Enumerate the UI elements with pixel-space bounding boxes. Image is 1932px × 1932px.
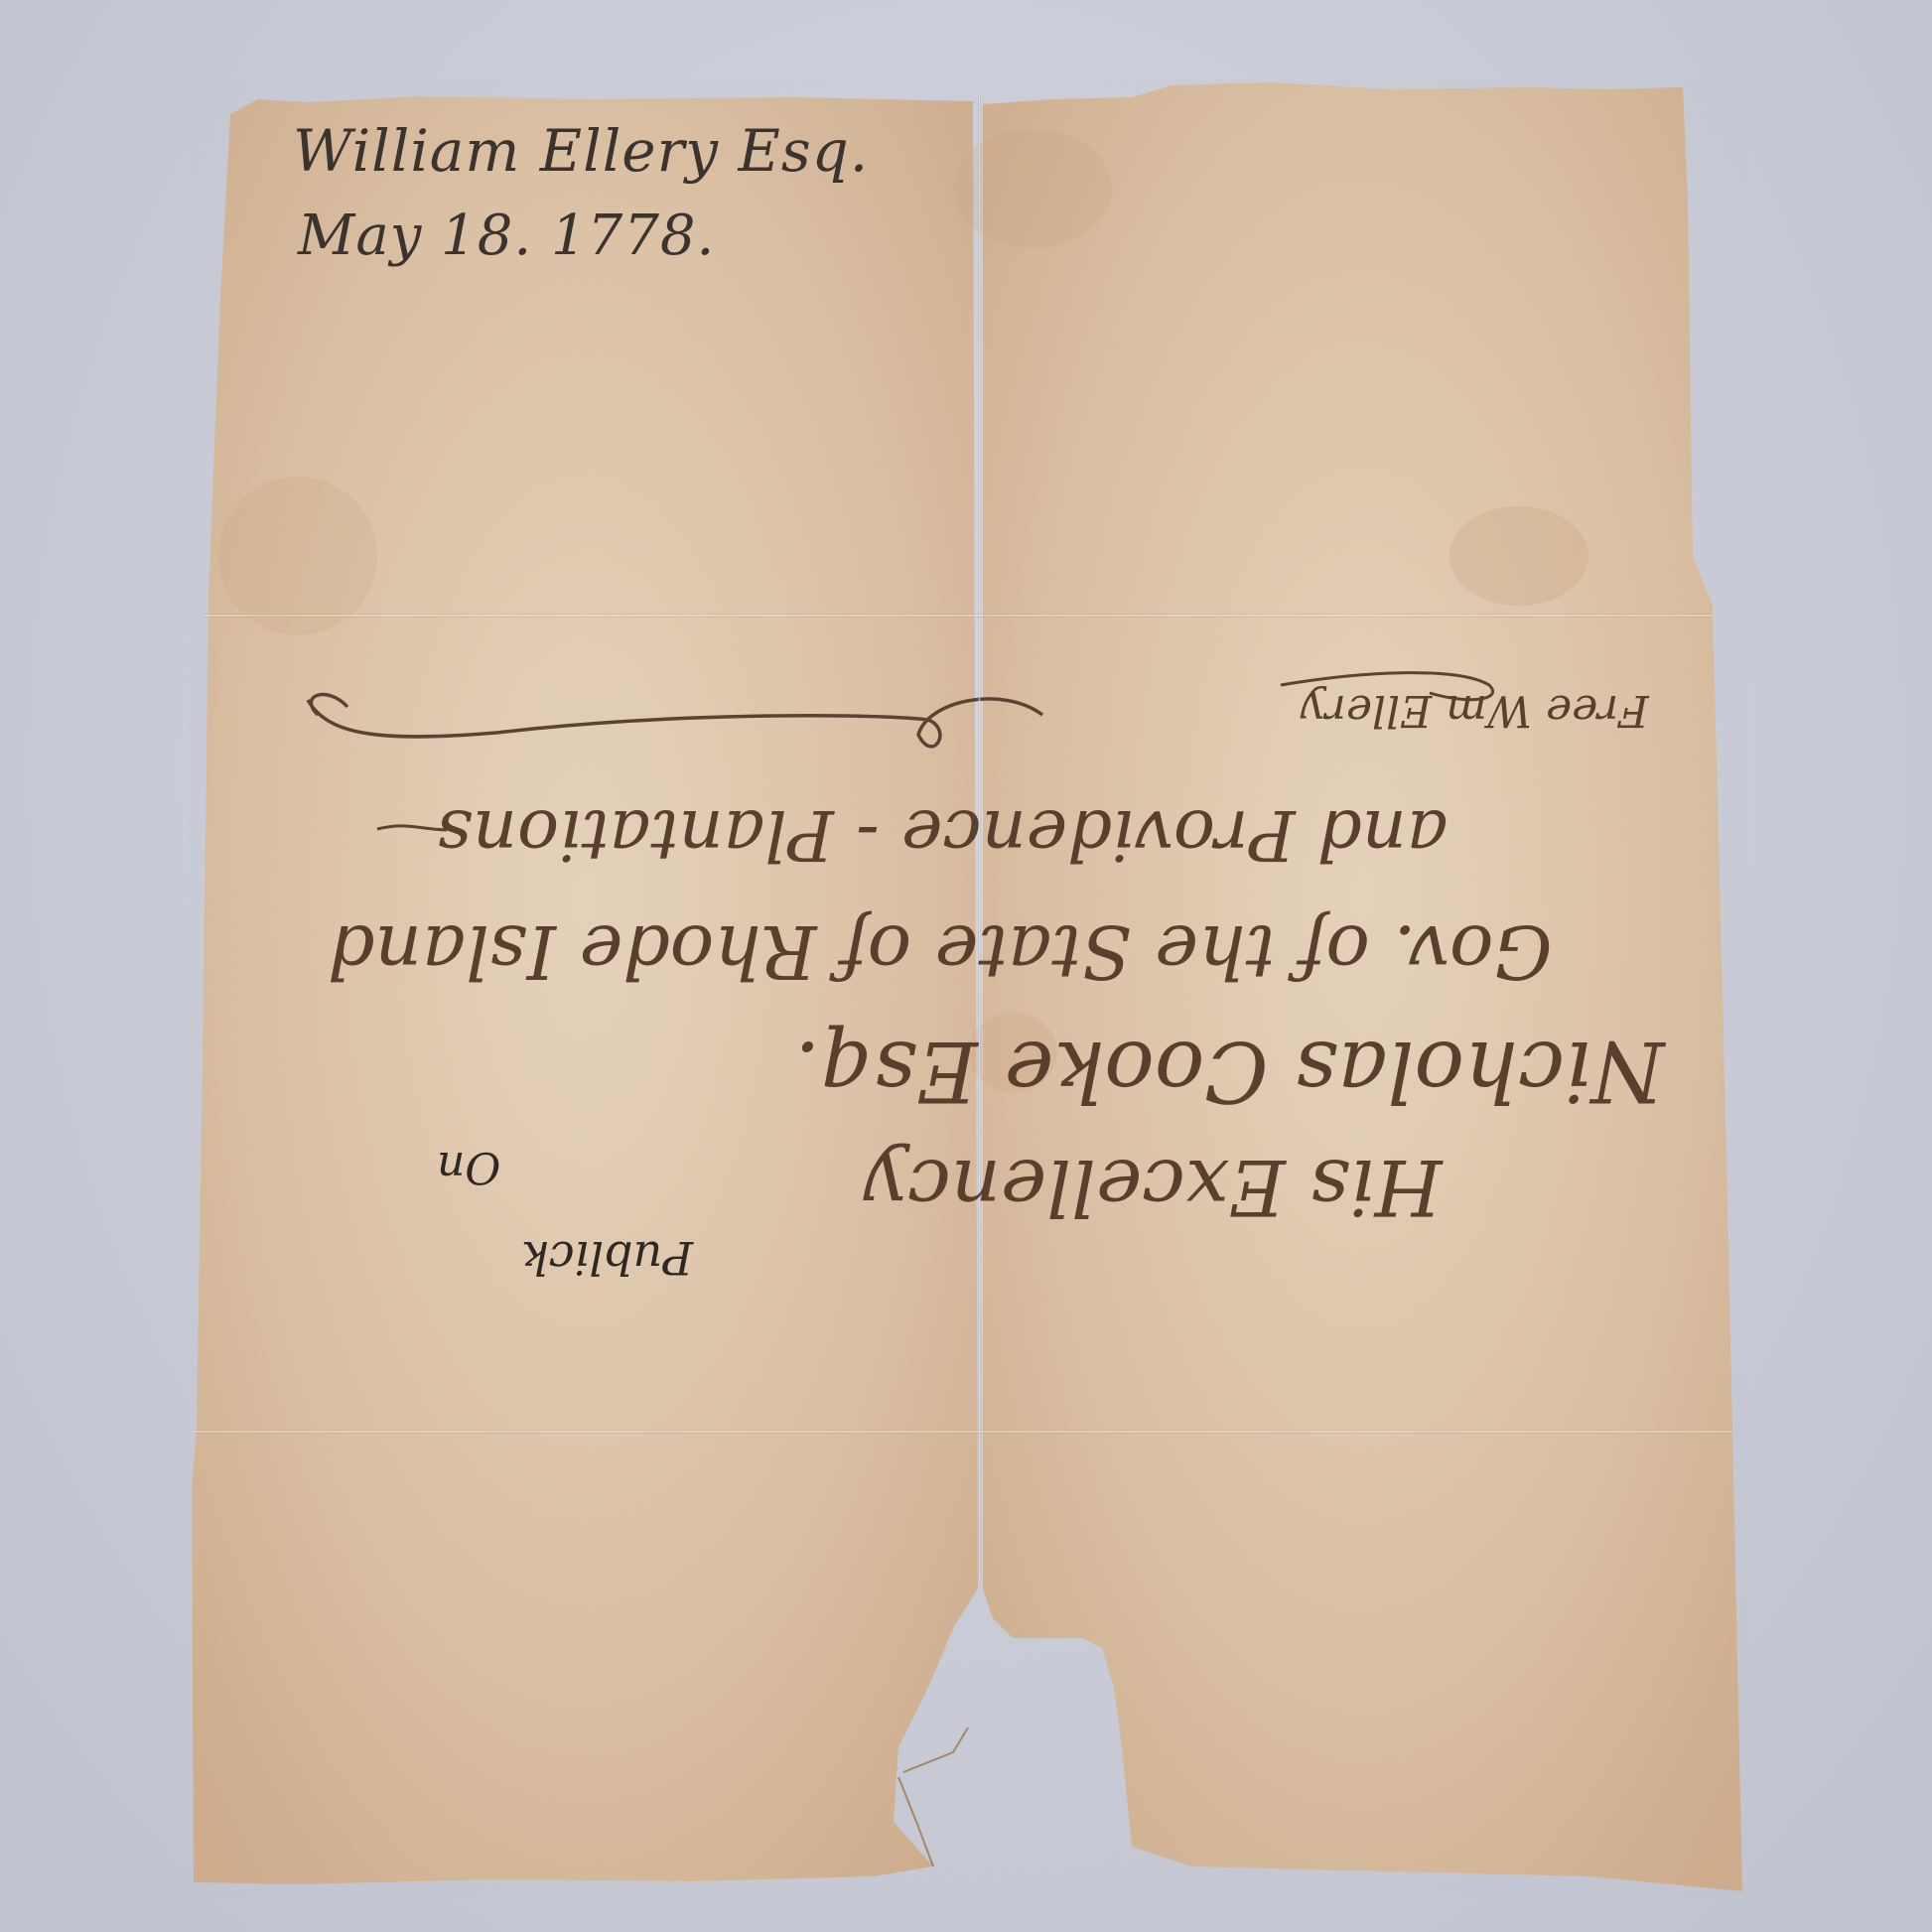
address-line-nicholas-cooke: Nicholas Cooke Esq. xyxy=(794,1023,1664,1120)
horizontal-fold-lower xyxy=(194,1430,1732,1434)
docket-date: May 18. 1778. xyxy=(298,204,715,268)
service-note-on: On xyxy=(437,1142,500,1192)
address-line-governor: Gov. of the State of Rhode Island xyxy=(328,908,1553,994)
docket-name: William Ellery Esq. xyxy=(293,117,869,185)
service-note-publick: Publick xyxy=(521,1231,693,1285)
horizontal-fold-upper xyxy=(204,614,1713,618)
address-line-his-excellency: His Excellency xyxy=(864,1142,1443,1231)
frank-signature: Free Wm Ellery xyxy=(1301,685,1649,736)
address-line-providence-plantations: and Providence - Plantations xyxy=(437,794,1448,876)
letter-photo: William Ellery Esq. May 18. 1778. His Ex… xyxy=(0,0,1932,1932)
